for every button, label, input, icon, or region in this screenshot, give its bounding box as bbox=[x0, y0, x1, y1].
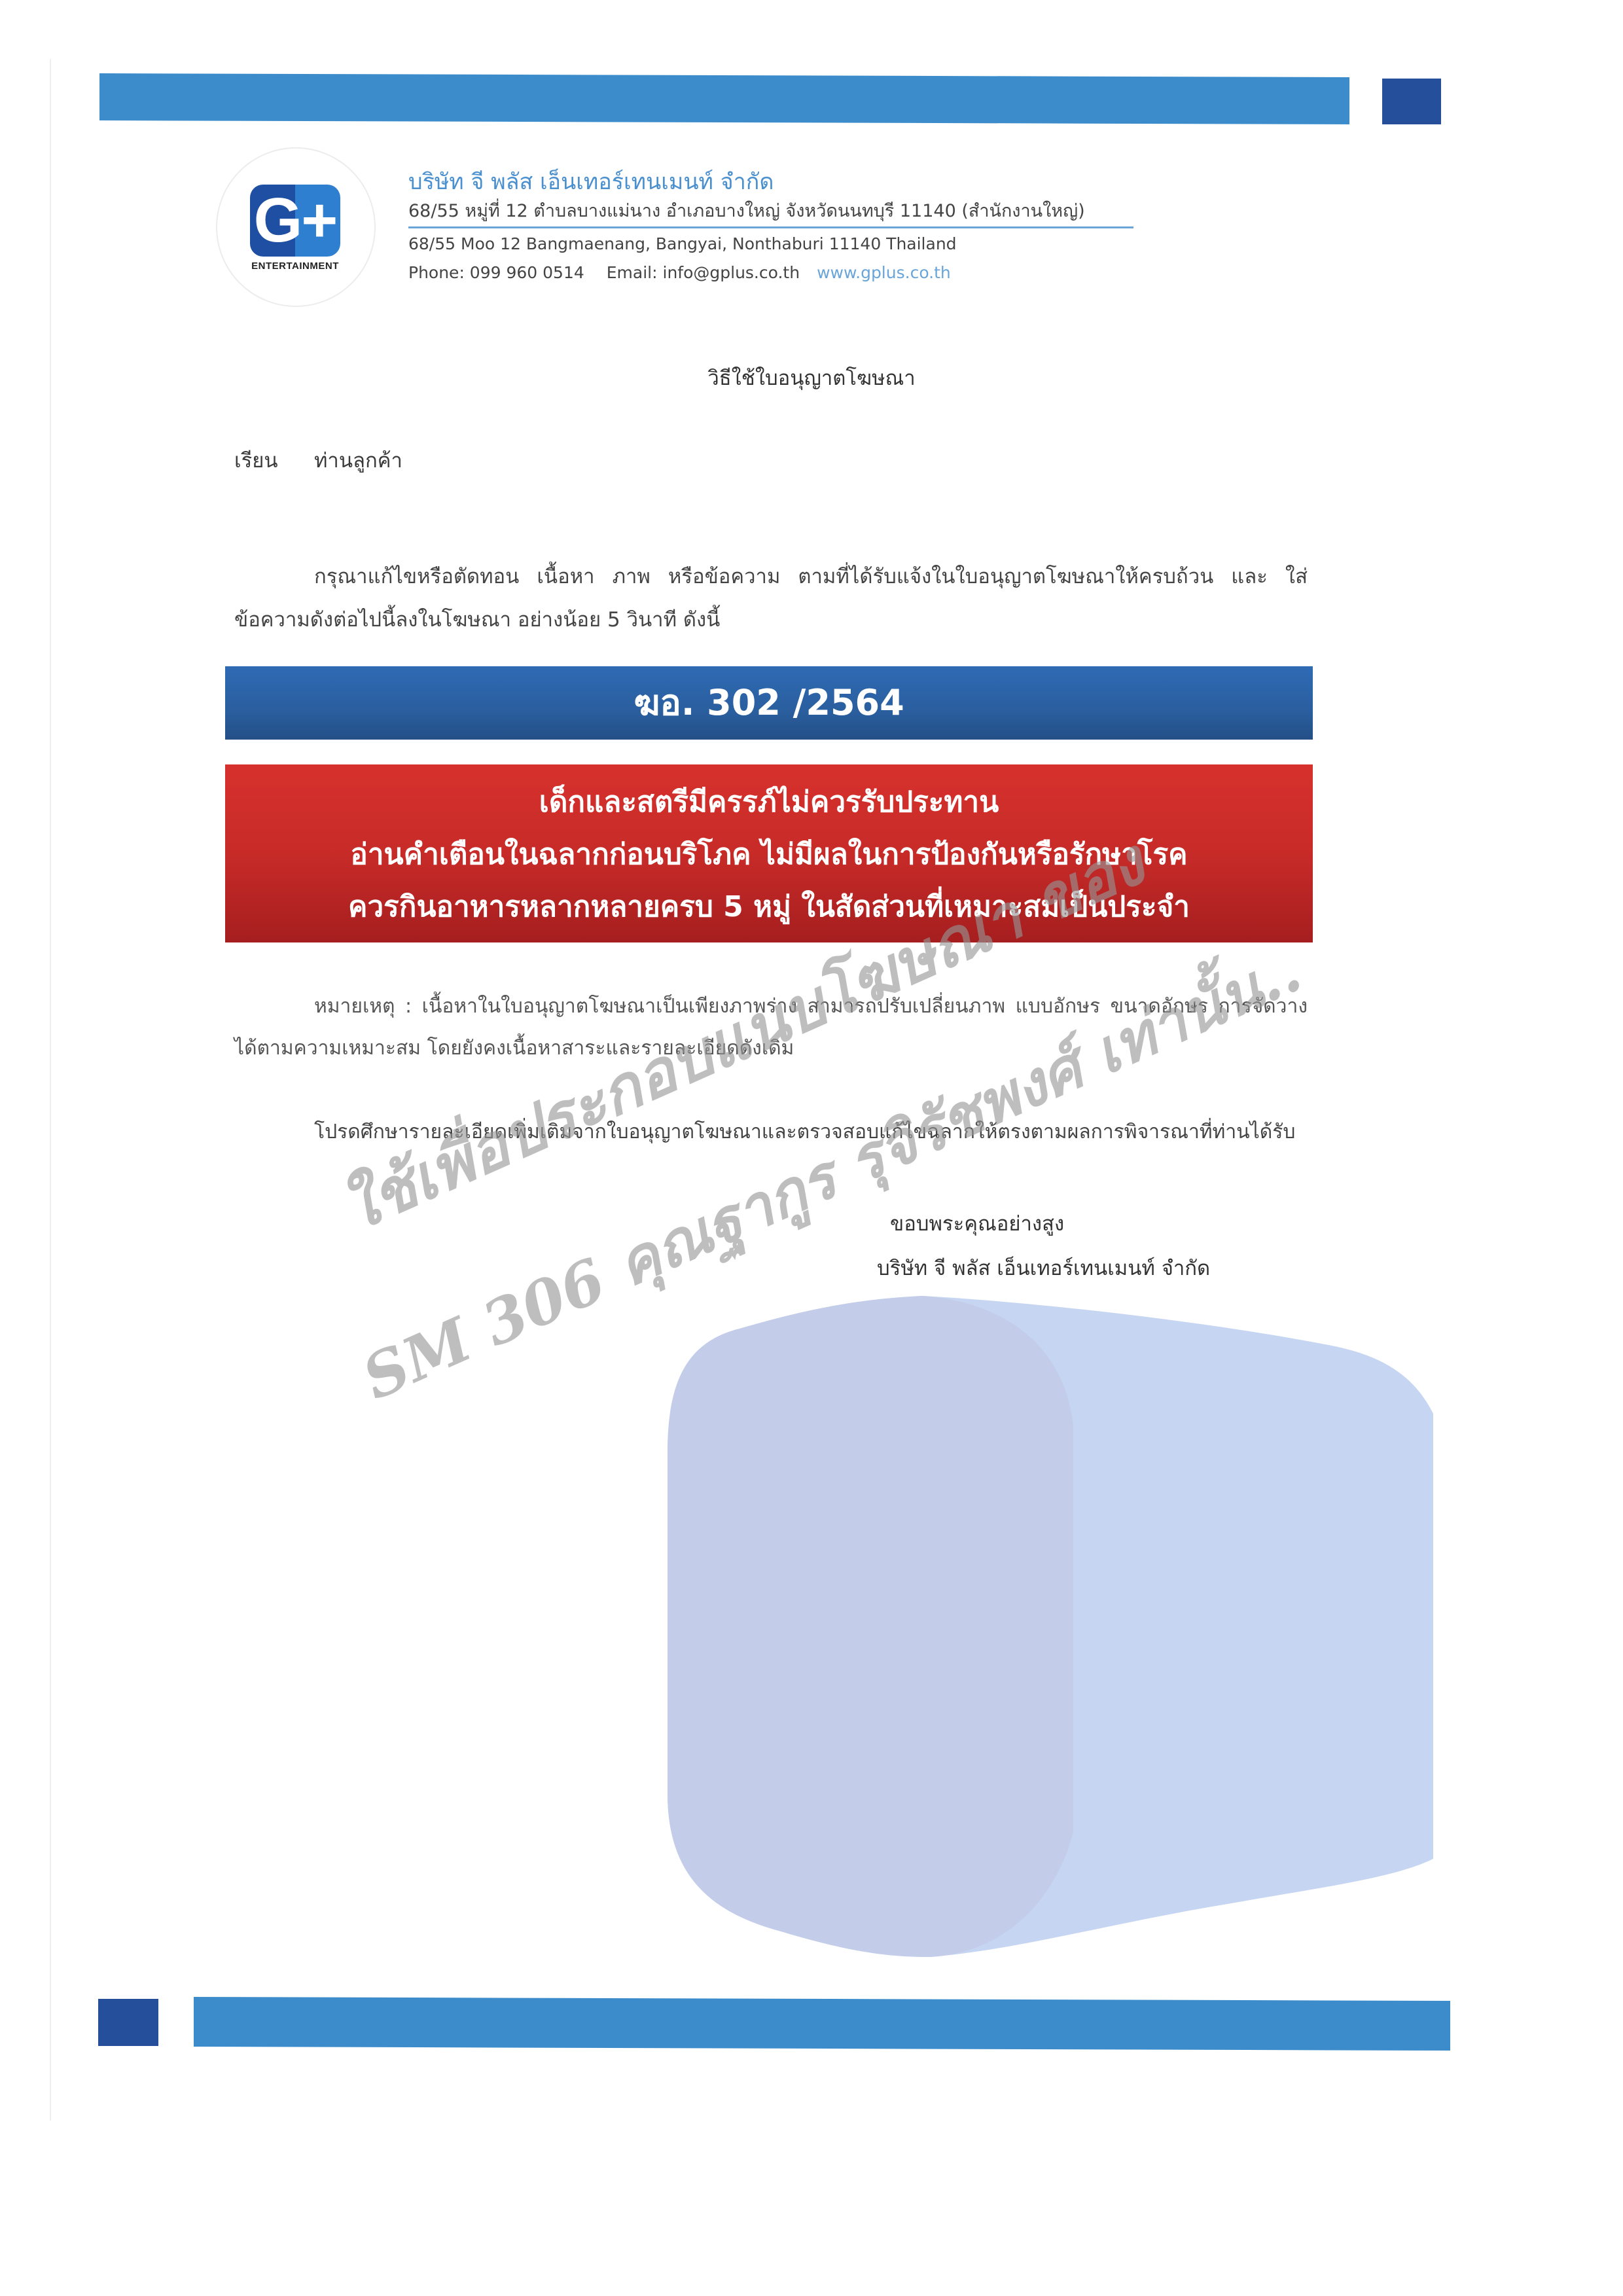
header-bar bbox=[99, 73, 1349, 124]
footer-square bbox=[98, 1999, 158, 2046]
header-square bbox=[1382, 79, 1441, 124]
warning-box: เด็กและสตรีมีครรภ์ไม่ควรรับประทาน อ่านคำ… bbox=[225, 764, 1313, 942]
warning-line: อ่านคำเตือนในฉลากก่อนบริโภค ไม่มีผลในการ… bbox=[225, 829, 1313, 881]
logo-text: G+ bbox=[250, 186, 340, 255]
salutation-value: ท่านลูกค้า bbox=[314, 444, 402, 476]
footer-bar bbox=[194, 1997, 1450, 2051]
logo-subtext: ENTERTAINMENT bbox=[239, 260, 351, 272]
instruction-paragraph: กรุณาแก้ไขหรือตัดทอน เนื้อหา ภาพ หรือข้อ… bbox=[234, 555, 1308, 641]
contact-line: Phone: 099 960 0514Email: info@gplus.co.… bbox=[408, 263, 951, 282]
closing: ขอบพระคุณอย่างสูง bbox=[890, 1207, 1064, 1240]
website-link[interactable]: www.gplus.co.th bbox=[817, 263, 951, 282]
company-name: บริษัท จี พลัส เอ็นเทอร์เทนเมนท์ จำกัด bbox=[408, 164, 774, 199]
address-en: 68/55 Moo 12 Bangmaenang, Bangyai, Nonth… bbox=[408, 234, 957, 253]
document-title: วิธีใช้ใบอนุญาตโฆษณา bbox=[0, 361, 1623, 394]
signature: บริษัท จี พลัส เอ็นเทอร์เทนเมนท์ จำกัด bbox=[877, 1251, 1210, 1284]
license-number-banner: ฆอ. 302 /2564 bbox=[225, 666, 1313, 740]
phone: Phone: 099 960 0514 bbox=[408, 263, 584, 282]
stamp-shape bbox=[648, 1296, 1433, 1964]
salutation-label: เรียน bbox=[234, 444, 278, 476]
email[interactable]: Email: info@gplus.co.th bbox=[607, 263, 800, 282]
header-rule bbox=[408, 226, 1133, 228]
address-th: 68/55 หมู่ที่ 12 ตำบลบางแม่นาง อำเภอบางใ… bbox=[408, 196, 1085, 224]
warning-line: เด็กและสตรีมีครรภ์ไม่ควรรับประทาน bbox=[225, 776, 1313, 829]
